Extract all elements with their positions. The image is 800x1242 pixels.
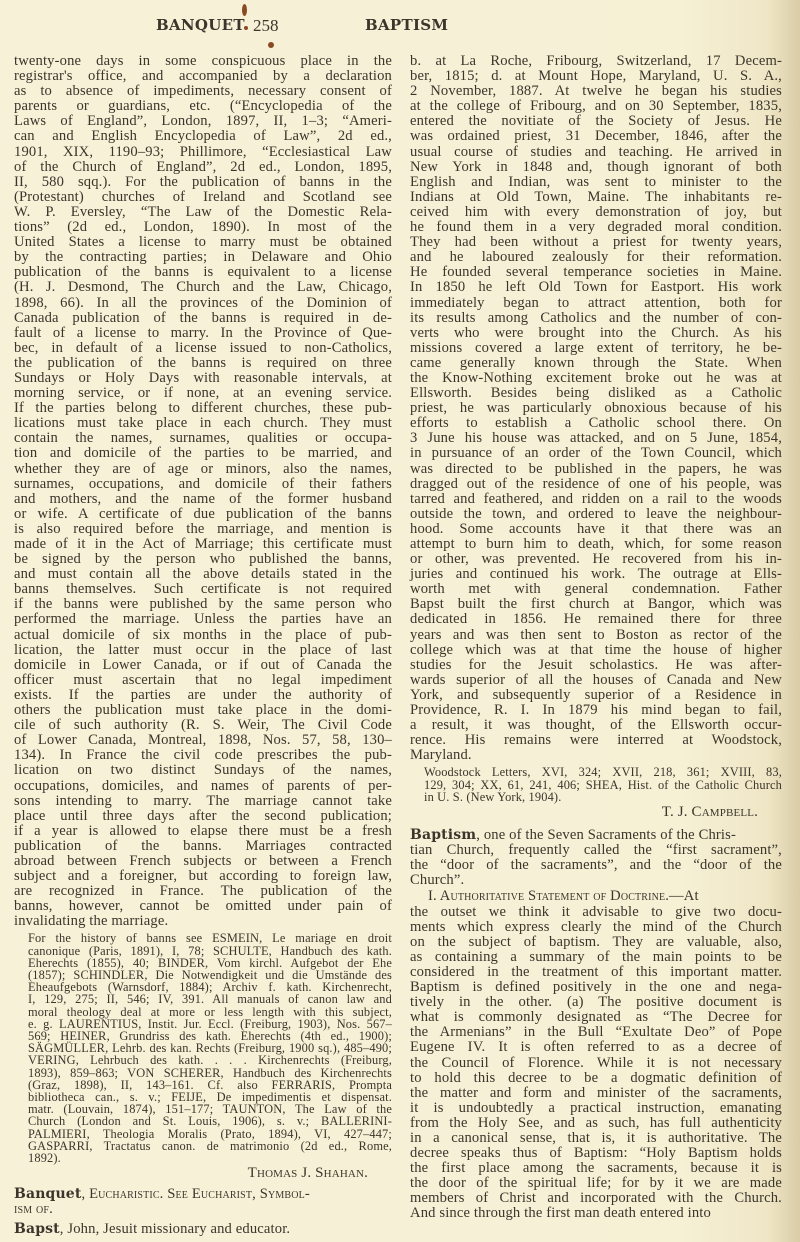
text-line: invalidating the marriage.: [14, 914, 392, 929]
text-line: of the Church of England”, 2d ed., Londo…: [14, 160, 392, 175]
text-line: lication on two distinct Sundays of the …: [14, 763, 392, 778]
text-line: as to absence of impediments, necessary …: [14, 84, 392, 99]
text-line: ments which express clearly the mind of …: [410, 920, 782, 935]
text-line: be signed by the person who published th…: [14, 552, 392, 567]
text-line: ber, 1815; d. at Mount Hope, Maryland, U…: [410, 69, 782, 84]
text-line: hood. Some accounts have it that there w…: [410, 522, 782, 537]
text-line: worth met with general condemnation. Fat…: [410, 582, 782, 597]
reference-line: I, 129, 275; II, 546; IV, 391. All manua…: [14, 993, 392, 1005]
entry-baptism: Baptism, one of the Seven Sacraments of …: [410, 828, 782, 843]
text-line: outside the town, and ordered to leave t…: [410, 507, 782, 522]
text-line: the Armenians” in the Bull “Exultate Deo…: [410, 1025, 782, 1040]
text-line: banns, however, cannot be omitted under …: [14, 899, 392, 914]
text-line: decree speaks thus of Baptism: “Holy Bap…: [410, 1146, 782, 1161]
text-line: surnames, occupations, and domicile of t…: [14, 477, 392, 492]
text-line: In 1850 he left Old Town for Eastport. H…: [410, 280, 782, 295]
bapst-article-body: b. at La Roche, Fribourg, Switzerland, 1…: [410, 54, 782, 763]
entry-bapst: Bapst, John, Jesuit missionary and educa…: [14, 1222, 392, 1237]
text-line: came generally known through the State. …: [410, 356, 782, 371]
headword-banquet: Banquet: [14, 1186, 81, 1202]
reference-line: Woodstock Letters, XVI, 324; XVII, 218, …: [410, 766, 782, 778]
reference-line: canonique (Paris, 1891), I, 78; SCHULTE,…: [14, 945, 392, 957]
banns-article-body: twenty-one days in some conspicuous plac…: [14, 54, 392, 929]
text-line: York, and subsequently superior of a Res…: [410, 688, 782, 703]
text-line: in a canonical sense, that is, it is aut…: [410, 1131, 782, 1146]
text-line: verts who were brought into the Church. …: [410, 326, 782, 341]
text-line: New York in 1848 and, though ignorant of…: [410, 160, 782, 175]
text-line: tarred and feathered, and ridden on a ra…: [410, 492, 782, 507]
text-line: publication of the banns. Marriages cont…: [14, 839, 392, 854]
text-line: or other, was prevented. He recovered fr…: [410, 552, 782, 567]
entry-banquet-text-2: ism of.: [14, 1201, 53, 1217]
text-line: ceived him with every demonstration of j…: [410, 205, 782, 220]
text-line: he found them in a very degraded moral c…: [410, 220, 782, 235]
text-line: (Protestant) churches of Ireland and Sco…: [14, 190, 392, 205]
text-line: exists. If the parties are under the aut…: [14, 688, 392, 703]
ink-stain: [268, 42, 274, 48]
text-line: rence. His remains were interred at Wood…: [410, 733, 782, 748]
text-line: Bapst built the first church at Bangor, …: [410, 597, 782, 612]
text-line: of Lower Canada, Montreal, 1898, Nos. 57…: [14, 733, 392, 748]
header-right-title: BAPTISM: [365, 16, 448, 34]
right-column: b. at La Roche, Fribourg, Switzerland, 1…: [410, 54, 782, 1222]
text-line: tion and domicile of the parties to be m…: [14, 446, 392, 461]
entry-banquet-text: , Eucharistic. See Eucharist, Symbol-: [81, 1186, 309, 1202]
author-signature: T. J. Campbell.: [410, 805, 782, 820]
text-line: 134). In France the civil code prescribe…: [14, 748, 392, 763]
text-line: domicile in Lower Canada, or if out of C…: [14, 658, 392, 673]
text-line: cile of such authority (R. S. Weir, The …: [14, 718, 392, 733]
text-line: He founded several temperance societies …: [410, 265, 782, 280]
text-line: are recognized in France. The publicatio…: [14, 884, 392, 899]
text-line: dedicated in 1856. He remained there for…: [410, 612, 782, 627]
text-line: Laws of England”, London, 1897, II, 1–3;…: [14, 114, 392, 129]
text-line: occupations, domiciles, and names of par…: [14, 779, 392, 794]
text-line: 3 June his house was attacked, and on 5 …: [410, 431, 782, 446]
text-line: (H. J. Desmond, The Church and the Law, …: [14, 280, 392, 295]
text-line: Eugene IV. It is often referred to as a …: [410, 1040, 782, 1055]
text-line: entered the novitiate of the Society of …: [410, 114, 782, 129]
text-line: it is undoubtedly a practical instructio…: [410, 1101, 782, 1116]
text-line: efforts to establish a Catholic school t…: [410, 416, 782, 431]
entry-banquet: Banquet, Eucharistic. See Eucharist, Sym…: [14, 1187, 392, 1217]
text-line: on the subject of baptism. They are valu…: [410, 935, 782, 950]
text-line: Sundays or Holy Days with reasonable int…: [14, 371, 392, 386]
reference-line: in U. S. (New York, 1904).: [410, 791, 782, 803]
text-line: registrar's office, and accompanied by a…: [14, 69, 392, 84]
text-line: by the contracting parties; in Delaware …: [14, 250, 392, 265]
text-line: sons intending to marry. The marriage ca…: [14, 794, 392, 809]
text-line: considered in the treatment of this impo…: [410, 965, 782, 980]
text-line: and he laboured zealously for their refo…: [410, 250, 782, 265]
text-line: tian Church, frequently called the “firs…: [410, 843, 782, 858]
text-line: dragged out of the residence of one of h…: [410, 477, 782, 492]
text-line: Canada publication of the banns is requi…: [14, 311, 392, 326]
text-line: Indians at Old Town, Maine. The inhabita…: [410, 190, 782, 205]
text-line: in pursuance of an order of the Town Cou…: [410, 446, 782, 461]
text-line: Ellsworth. Besides being disliked as a C…: [410, 386, 782, 401]
text-line: the outset we think it advisable to give…: [410, 905, 782, 920]
reference-line: 129, 304; XX, 61, 241, 406; SHEA, Hist. …: [410, 779, 782, 791]
text-line: abroad between French subjects or betwee…: [14, 854, 392, 869]
text-line: the “door of the sacraments”, and the “d…: [410, 858, 782, 873]
text-line: wards superior of all the houses of Cana…: [410, 673, 782, 688]
text-line: made of it in the Act of Marriage; this …: [14, 537, 392, 552]
text-line: place until three days after the second …: [14, 809, 392, 824]
text-line: members of Christ and incorporated with …: [410, 1191, 782, 1206]
text-line: usual course of studies and teaching. He…: [410, 145, 782, 160]
reference-line: 1892).: [14, 1152, 392, 1164]
left-column: twenty-one days in some conspicuous plac…: [14, 54, 392, 1237]
text-line: 2 November, 1887. At twelve he began his…: [410, 84, 782, 99]
author-signature: Thomas J. Shahan.: [14, 1166, 392, 1181]
text-line: W. P. Eversley, “The Law of the Domestic…: [14, 205, 392, 220]
text-line: juries and continued his work. The outra…: [410, 567, 782, 582]
text-line: to hold this decree to be a dogmatic def…: [410, 1071, 782, 1086]
text-line: tively in the other. (a) The positive do…: [410, 995, 782, 1010]
text-line: lications must take place in each church…: [14, 416, 392, 431]
section-dash: —At: [669, 888, 699, 904]
text-line: Providence, R. I. In 1879 his mind began…: [410, 703, 782, 718]
text-line: if the banns were published by the same …: [14, 597, 392, 612]
text-line: is also required before the marriage, an…: [14, 522, 392, 537]
text-line: studies for the Jesuit scholastics. He w…: [410, 658, 782, 673]
text-line: and mothers, and the name of the former …: [14, 492, 392, 507]
text-line: They had been without a priest for twent…: [410, 235, 782, 250]
text-line: years and was then sent to Boston as rec…: [410, 628, 782, 643]
text-line: tions” (2d ed., London, 1890). In most o…: [14, 220, 392, 235]
text-line: a result, it was thought, of the Ellswor…: [410, 718, 782, 733]
header-left-title: BANQUET: [156, 16, 245, 34]
text-line: immediately began to attract attention, …: [410, 296, 782, 311]
text-line: b. at La Roche, Fribourg, Switzerland, 1…: [410, 54, 782, 69]
text-line: the matter and form and minister of the …: [410, 1086, 782, 1101]
page-number: 258: [253, 16, 279, 36]
baptism-intro-line: , one of the Seven Sacraments of the Chr…: [476, 827, 736, 843]
ink-stain: [242, 4, 247, 16]
section-one: I. Authoritative Statement of Doctrine.—…: [410, 889, 782, 904]
text-line: as containing a summary of the main poin…: [410, 950, 782, 965]
text-line: what is commonly designated as “The Decr…: [410, 1010, 782, 1025]
text-line: II, 580 sqq.). For the publication of ba…: [14, 175, 392, 190]
reference-line: VERING, Lehrbuch des kath. . . . Kirchen…: [14, 1054, 392, 1066]
text-line: Church”.: [410, 873, 782, 888]
text-line: priest, he was particularly obnoxious be…: [410, 401, 782, 416]
text-line: at the college of Fribourg, and on 30 Se…: [410, 99, 782, 114]
headword-bapst: Bapst: [14, 1221, 60, 1237]
text-line: college which was at that time the house…: [410, 643, 782, 658]
text-line: subject and a foreigner, but according t…: [14, 869, 392, 884]
text-line: United States a license to marry must be…: [14, 235, 392, 250]
text-line: and must contain all the above details s…: [14, 567, 392, 582]
text-line: others the publication must take place i…: [14, 703, 392, 718]
text-line: bec, in default of a license issued to n…: [14, 341, 392, 356]
text-line: morning service, or if none, at an eveni…: [14, 386, 392, 401]
text-line: the Know-Nothing excitement broke out he…: [410, 371, 782, 386]
text-line: the first place among the sacraments, be…: [410, 1161, 782, 1176]
text-line: 1898, 66). In all the provinces of the D…: [14, 296, 392, 311]
reference-line: Church (London and St. Louis, 1906), s. …: [14, 1115, 392, 1127]
text-line: can and English Encyclopedia of Law”, 2d…: [14, 129, 392, 144]
text-line: performed the marriage. Unless the parti…: [14, 612, 392, 627]
section-one-body: the outset we think it advisable to give…: [410, 905, 782, 1222]
text-line: English and Indian, was sent to minister…: [410, 175, 782, 190]
section-heading: I. Authoritative Statement of Doctrine.: [428, 888, 669, 904]
text-line: If the parties belong to different churc…: [14, 401, 392, 416]
text-line: fault of a license to marry. In the Prov…: [14, 326, 392, 341]
text-line: Maryland.: [410, 748, 782, 763]
baptism-intro-rest: tian Church, frequently called the “firs…: [410, 843, 782, 888]
text-line: 1901, XIX, 1190–93; Phillimore, “Ecclesi…: [14, 145, 392, 160]
text-line: publication of the banns is equivalent t…: [14, 265, 392, 280]
text-line: parents or guardians, etc. (“Encyclopedi…: [14, 99, 392, 114]
text-line: officer must ascertain that no legal imp…: [14, 673, 392, 688]
text-line: attempt to burn him to death, which, for…: [410, 537, 782, 552]
page-scan: BANQUET 258 BAPTISM twenty-one days in s…: [0, 0, 800, 1242]
reference-line: For the history of banns see ESMEIN, Le …: [14, 932, 392, 944]
text-line: Baptism is defined positively in the one…: [410, 980, 782, 995]
entry-bapst-text: , John, Jesuit missionary and educator.: [60, 1221, 290, 1237]
text-line: the door of the spiritual life; for by i…: [410, 1176, 782, 1191]
bapst-bibliography: Woodstock Letters, XVI, 324; XVII, 218, …: [410, 766, 782, 803]
text-line: its results among Catholics and the numb…: [410, 311, 782, 326]
text-line: banns themselves. Such certificate is no…: [14, 582, 392, 597]
headword-baptism: Baptism: [410, 827, 476, 843]
text-line: contain the names, surnames, qualities o…: [14, 431, 392, 446]
running-header: BANQUET 258 BAPTISM: [0, 16, 800, 40]
reference-line: GASPARRI, Tractatus canon. de matrimonio…: [14, 1140, 392, 1152]
text-line: or wife. A certificate of due publicatio…: [14, 507, 392, 522]
text-line: missions covered a large extent of terri…: [410, 341, 782, 356]
text-line: lication, the latter must occur in the p…: [14, 643, 392, 658]
text-line: whether they are of age or minors, also …: [14, 462, 392, 477]
text-line: was ordained priest, 31 December, 1846, …: [410, 129, 782, 144]
text-line: the Council of Florence. While it is not…: [410, 1056, 782, 1071]
banns-bibliography: For the history of banns see ESMEIN, Le …: [14, 932, 392, 1164]
text-line: And since through the first man death en…: [410, 1206, 782, 1221]
text-line: the publication of the banns is required…: [14, 356, 392, 371]
text-line: if a year is allowed to elapse there mus…: [14, 824, 392, 839]
text-line: twenty-one days in some conspicuous plac…: [14, 54, 392, 69]
text-line: actual domicile of six months in the pla…: [14, 628, 392, 643]
text-line: from the Holy See, and as such, has full…: [410, 1116, 782, 1131]
text-line: was directed to be published in the pape…: [410, 462, 782, 477]
